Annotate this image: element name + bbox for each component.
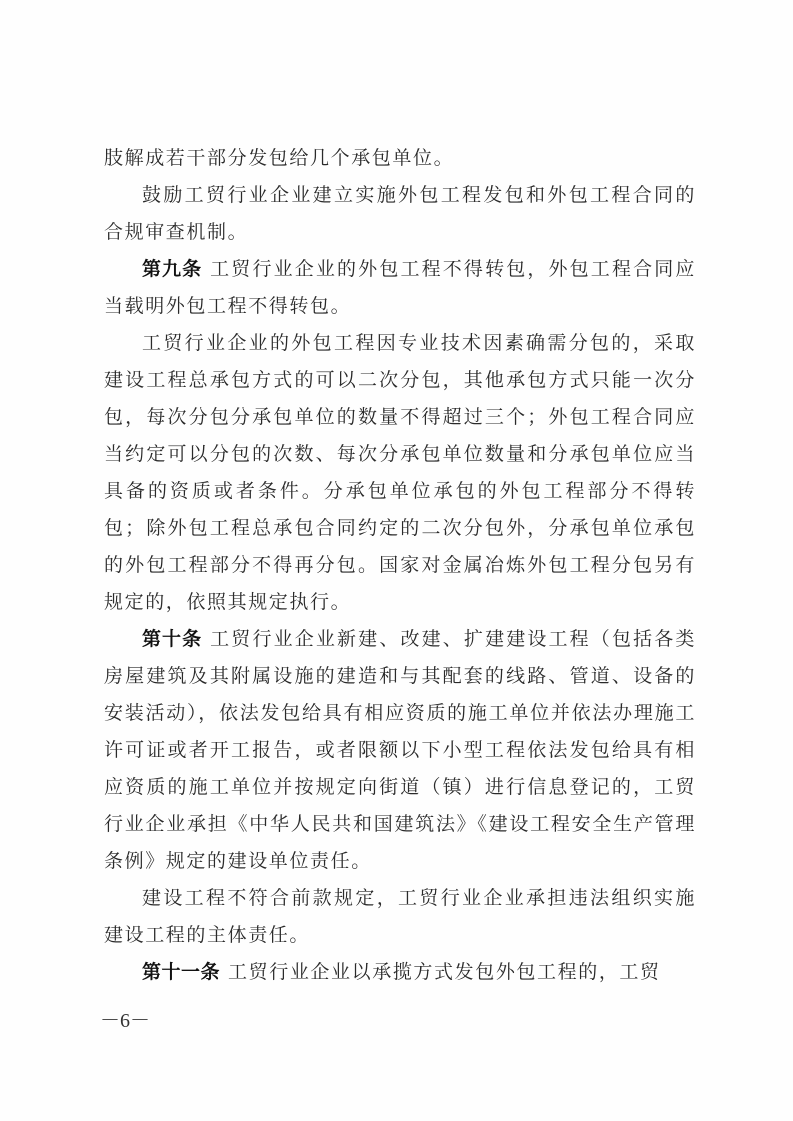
paragraph-text: 工贸行业企业的外包工程因专业技术因素确需分包的，采取建设工程总承包方式的可以二次… [104, 332, 696, 613]
paragraph-compliance-review: 鼓励工贸行业企业建立实施外包工程发包和外包工程合同的合规审查机制。 [104, 177, 696, 251]
article-9: 第九条工贸行业企业的外包工程不得转包，外包工程合同应当载明外包工程不得转包。 [104, 251, 696, 325]
article-11: 第十一条工贸行业企业以承揽方式发包外包工程的，工贸 [104, 954, 696, 991]
paragraph-text: 建设工程不符合前款规定，工贸行业企业承担违法组织实施建设工程的主体责任。 [104, 887, 696, 946]
paragraph-text: 工贸行业企业新建、改建、扩建建设工程（包括各类房屋建筑及其附属设施的建造和与其配… [104, 628, 696, 872]
page-number: －6－ [100, 1004, 150, 1033]
article-heading: 第十一条 [142, 961, 220, 983]
paragraph-continuation: 肢解成若干部分发包给几个承包单位。 [104, 140, 696, 177]
document-page: 肢解成若干部分发包给几个承包单位。 鼓励工贸行业企业建立实施外包工程发包和外包工… [0, 0, 793, 1121]
paragraph-text: 工贸行业企业以承揽方式发包外包工程的，工贸 [228, 961, 661, 983]
article-10: 第十条工贸行业企业新建、改建、扩建建设工程（包括各类房屋建筑及其附属设施的建造和… [104, 621, 696, 880]
article-heading: 第九条 [142, 258, 202, 280]
paragraph-subcontracting: 工贸行业企业的外包工程因专业技术因素确需分包的，采取建设工程总承包方式的可以二次… [104, 325, 696, 621]
document-body: 肢解成若干部分发包给几个承包单位。 鼓励工贸行业企业建立实施外包工程发包和外包工… [104, 140, 696, 991]
paragraph-noncompliance: 建设工程不符合前款规定，工贸行业企业承担违法组织实施建设工程的主体责任。 [104, 880, 696, 954]
article-heading: 第十条 [142, 628, 202, 650]
paragraph-text: 鼓励工贸行业企业建立实施外包工程发包和外包工程合同的合规审查机制。 [104, 184, 696, 243]
paragraph-text: 肢解成若干部分发包给几个承包单位。 [104, 147, 454, 169]
